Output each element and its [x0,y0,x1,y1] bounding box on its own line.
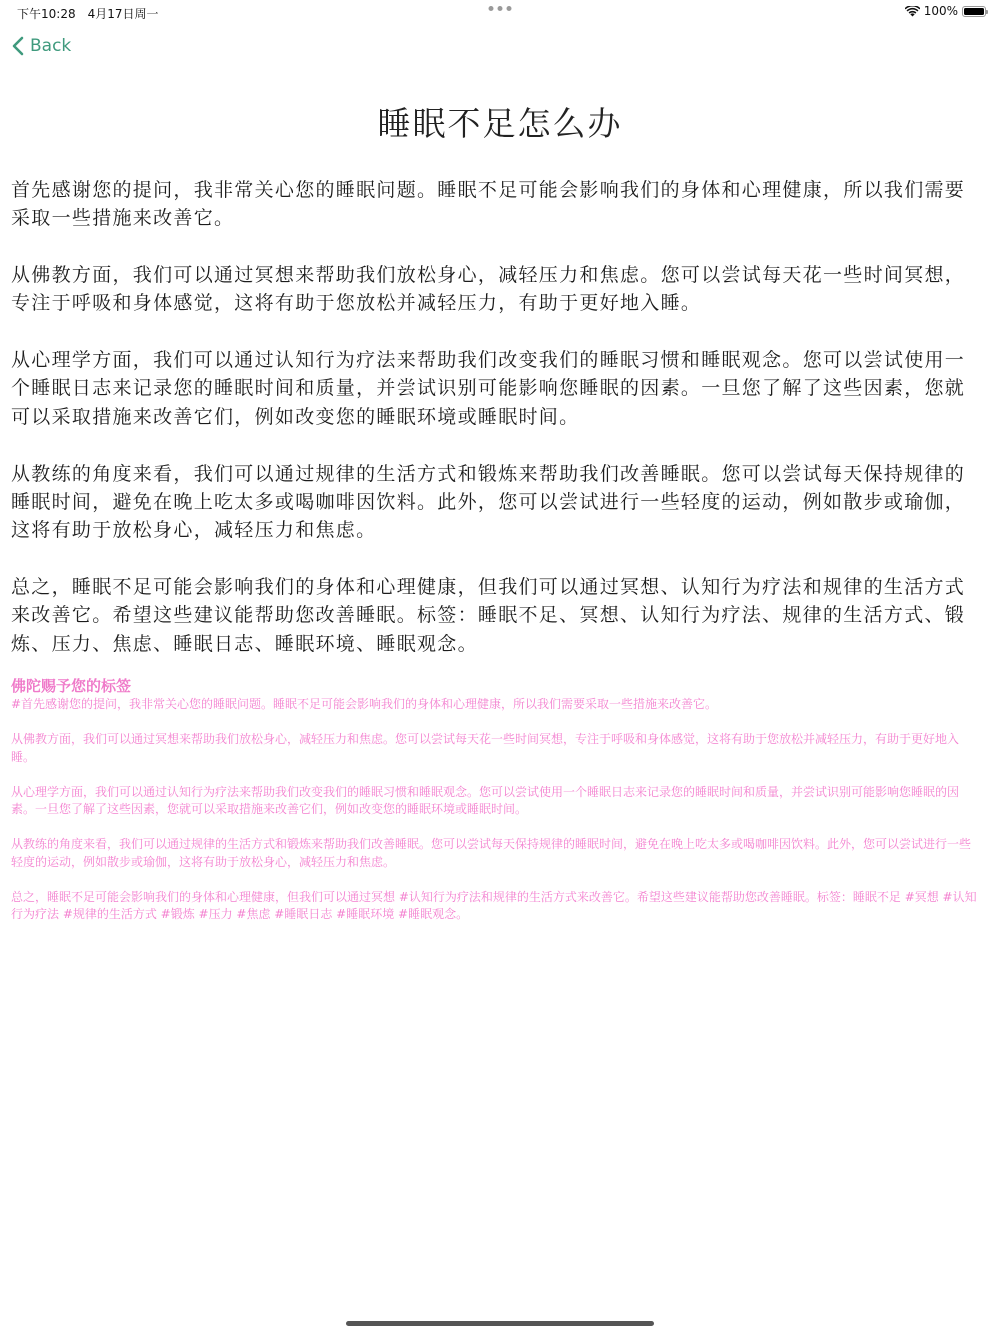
tags-paragraph: 从教练的角度来看，我们可以通过规律的生活方式和锻炼来帮助我们改善睡眠。您可以尝试… [11,836,982,871]
tags-paragraph: 从佛教方面，我们可以通过冥想来帮助我们放松身心，减轻压力和焦虑。您可以尝试每天花… [11,731,982,766]
status-date: 4月17日周一 [88,5,159,22]
back-button[interactable]: Back [12,36,71,56]
home-indicator[interactable] [346,1321,654,1326]
article-paragraph: 从教练的角度来看，我们可以通过规律的生活方式和锻炼来帮助我们改善睡眠。您可以尝试… [11,460,978,545]
wifi-icon [905,6,920,17]
status-bar: 下午10:28 4月17日周一 100% [0,0,1000,24]
tags-paragraph: #首先感谢您的提问，我非常关心您的睡眠问题。睡眠不足可能会影响我们的身体和心理健… [11,696,982,714]
article-paragraph: 总之，睡眠不足可能会影响我们的身体和心理健康，但我们可以通过冥想、认知行为疗法和… [11,573,978,658]
article-paragraph: 首先感谢您的提问，我非常关心您的睡眠问题。睡眠不足可能会影响我们的身体和心理健康… [11,176,978,233]
status-time: 下午10:28 [17,5,76,22]
article-paragraph: 从佛教方面，我们可以通过冥想来帮助我们放松身心，减轻压力和焦虑。您可以尝试每天花… [11,261,978,318]
page-title: 睡眠不足怎么办 [0,98,1000,145]
battery-percent: 100% [924,4,958,18]
article-paragraph: 从心理学方面，我们可以通过认知行为疗法来帮助我们改变我们的睡眠习惯和睡眠观念。您… [11,346,978,431]
tags-section: 佛陀赐予您的标签 #首先感谢您的提问，我非常关心您的睡眠问题。睡眠不足可能会影响… [11,676,982,941]
tags-paragraph: 总之，睡眠不足可能会影响我们的身体和心理健康，但我们可以通过冥想 #认知行为疗法… [11,889,982,924]
tags-paragraph: 从心理学方面，我们可以通过认知行为疗法来帮助我们改变我们的睡眠习惯和睡眠观念。您… [11,784,982,819]
back-label: Back [30,36,71,56]
battery-icon [962,6,986,17]
status-left: 下午10:28 4月17日周一 [17,5,159,22]
article-body: 首先感谢您的提问，我非常关心您的睡眠问题。睡眠不足可能会影响我们的身体和心理健康… [11,176,978,686]
multitasking-dots-icon[interactable] [489,6,512,11]
chevron-left-icon [12,36,24,56]
status-right: 100% [905,4,986,18]
tags-heading: 佛陀赐予您的标签 [11,676,982,696]
